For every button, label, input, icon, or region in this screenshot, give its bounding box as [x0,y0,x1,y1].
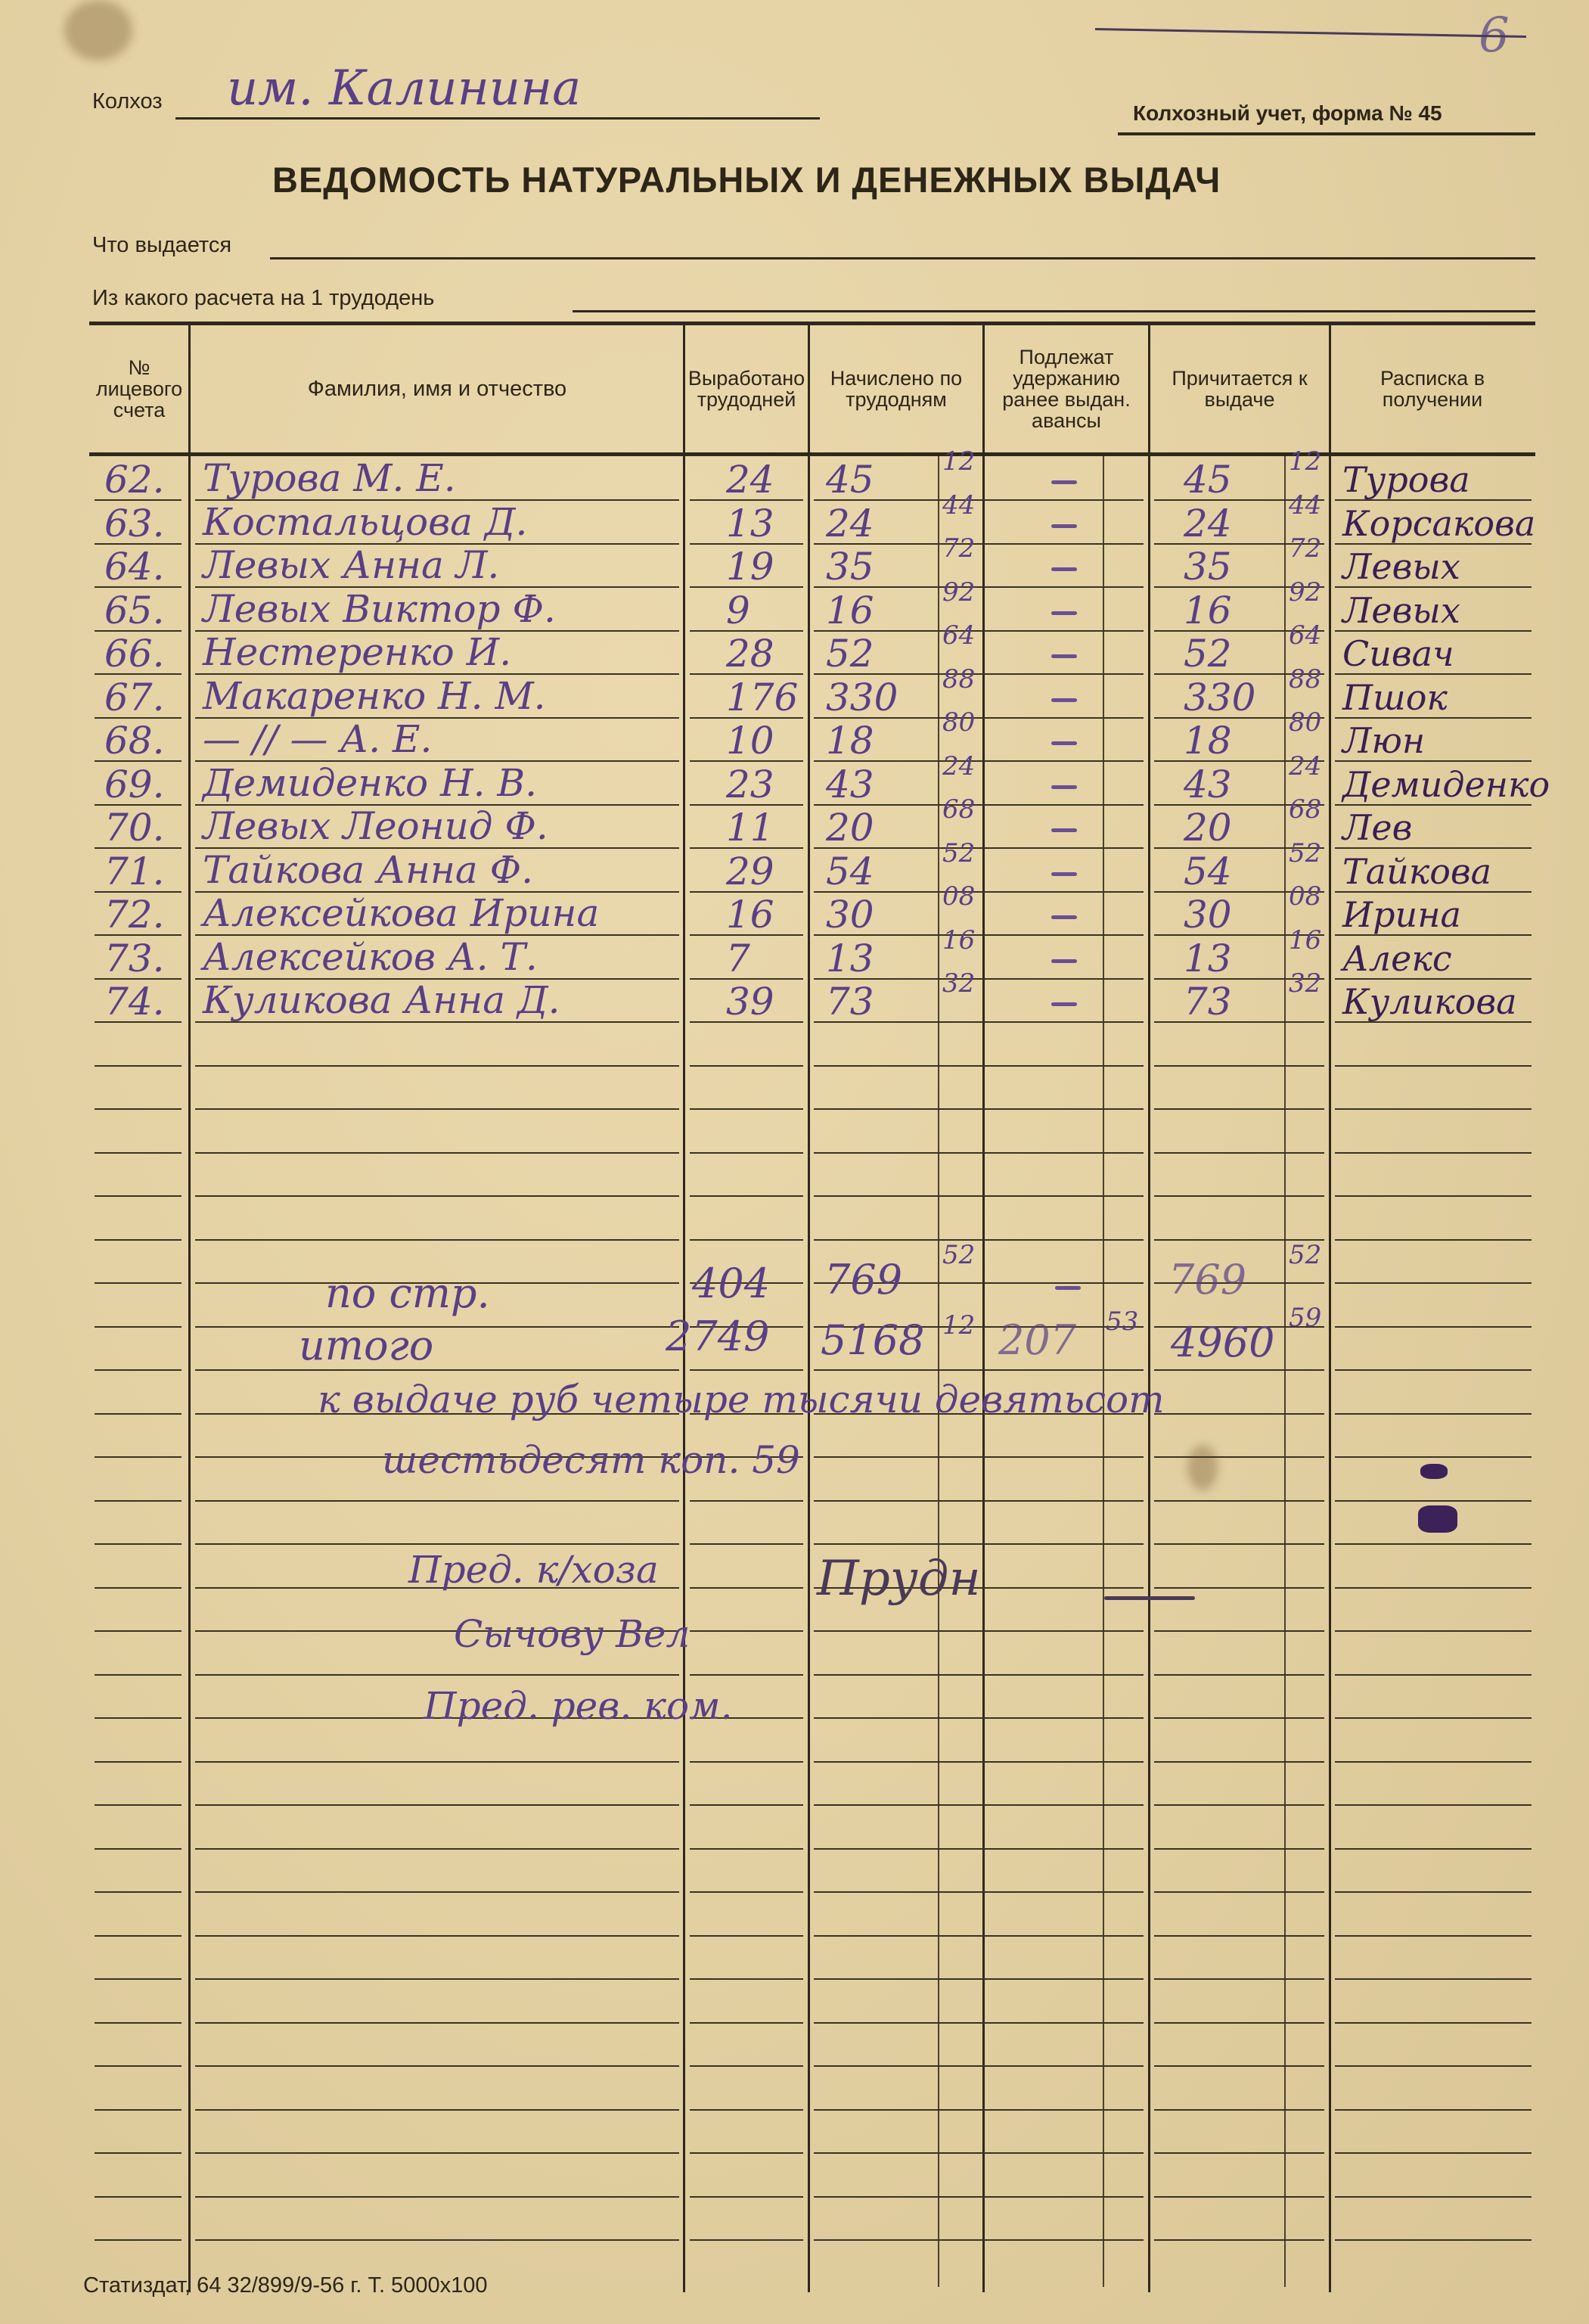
accrued-rubles: 24 [826,505,874,542]
row-rule [690,1108,803,1110]
accrued-kopecks: 64 [942,623,975,648]
row-rule [95,2022,182,2024]
payable-rubles: 52 [1184,635,1232,673]
row-rule [1335,1717,1532,1719]
column-divider [1148,325,1150,2292]
account-number: 69. [104,766,165,803]
row-rule [1154,2065,1324,2067]
row-rule [195,1195,679,1197]
row-rule [814,1108,1144,1110]
signature-stroke [1104,1596,1195,1600]
row-rule [814,2196,1144,2198]
row-rule [1154,1152,1324,1154]
withheld-dash [1051,524,1077,528]
workdays-value: 23 [726,766,774,803]
row-rule [814,1630,1144,1632]
row-rule [1154,1369,1324,1371]
payable-rubles: 45 [1184,461,1232,499]
row-rule [1154,1543,1324,1545]
payable-kopecks: 72 [1289,536,1321,561]
chairman-title: Пред. к/хоза [408,1551,659,1589]
page-total-accrued-rub: 769 [824,1260,902,1300]
payable-kopecks: 12 [1289,449,1321,474]
accrued-kopecks: 88 [942,666,975,692]
ink-stain [1187,1445,1218,1490]
row-rule [1335,1195,1532,1197]
payable-rubles: 30 [1184,896,1232,934]
accrued-rubles: 43 [826,766,874,803]
page-total-accrued-kop: 52 [942,1242,975,1268]
row-rule [195,2196,679,2198]
table-top-rule [89,322,1535,325]
row-rule [95,1239,182,1241]
column-divider [982,325,985,2292]
workdays-value: 10 [726,722,774,760]
account-number: 63. [104,505,165,542]
receipt-signature: Корсакова [1342,503,1535,544]
account-number: 65. [104,592,165,629]
row-rule [195,1152,679,1154]
payable-rubles: 35 [1184,548,1232,586]
row-rule [1154,1065,1324,1067]
row-rule [195,1935,679,1937]
workdays-value: 16 [726,896,774,934]
row-rule [1154,1891,1324,1893]
row-rule [1335,1935,1532,1937]
row-rule [1335,1630,1532,1632]
header-accrued: Начислено по трудодням [810,327,982,451]
row-rule [814,1065,1144,1067]
receipt-signature: Демиденко [1342,764,1550,805]
payable-kopecks: 92 [1289,579,1321,605]
header-account-no: № лицевого счета [89,327,189,451]
grand-total-accrued-rub: 5168 [821,1320,924,1361]
row-rule [195,1500,679,1502]
grand-total-label: итого [299,1325,433,1366]
row-rule [814,1717,1144,1719]
workdays-value: 28 [726,635,774,673]
row-rule [814,1239,1144,1241]
account-number: 62. [104,461,165,499]
row-rule [1335,1500,1532,1502]
header-withheld: Подлежат удержанию ранее выдан. авансы [985,327,1148,451]
payable-rubles: 13 [1184,940,1232,977]
employee-name: — // — А. Е. [203,720,432,758]
row-rule [1154,1804,1324,1806]
employee-name: Левых Леонид Ф. [203,807,548,845]
row-rule [1335,2152,1532,2154]
accrued-kopecks: 08 [942,884,975,909]
row-rule [1335,1891,1532,1893]
page-total-label: по стр. [325,1273,490,1314]
column-divider [188,325,191,2292]
row-rule [1154,1021,1324,1023]
receipt-signature: Сивач [1342,633,1454,674]
row-rule [1335,1978,1532,1980]
accrued-rubles: 16 [826,592,874,629]
row-rule [1154,1456,1324,1458]
row-rule [814,1804,1144,1806]
grand-total-workdays: 2749 [666,1316,769,1357]
what-issued-label: Что выдается [92,233,231,258]
row-rule [1154,1587,1324,1589]
row-rule [195,2022,679,2024]
row-rule [95,2196,182,2198]
row-rule [195,2152,679,2154]
row-rule [1154,1674,1324,1676]
workdays-value: 39 [726,983,774,1021]
payable-kopecks: 16 [1289,927,1321,953]
receipt-signature: Левых [1342,590,1460,631]
row-rule [195,1761,679,1763]
row-rule [95,1630,182,1632]
accrued-rubles: 30 [826,896,874,934]
workdays-value: 13 [726,505,774,542]
column-divider [683,325,685,2292]
row-rule [690,1674,803,1676]
withheld-dash [1051,611,1077,615]
row-rule [1335,1804,1532,1806]
row-rule [95,1456,182,1458]
account-number: 66. [104,635,165,673]
workdays-value: 19 [726,548,774,586]
row-rule [95,1761,182,1763]
row-rule [690,2022,803,2024]
row-rule [690,1630,803,1632]
row-rule [690,2152,803,2154]
header-workdays: Выработано трудодней [685,327,808,451]
kolkhoz-underline [175,117,820,120]
workdays-value: 7 [726,940,750,977]
row-rule [690,1239,803,1241]
accrued-rubles: 18 [826,722,874,760]
row-rule [814,1152,1144,1154]
row-rule [690,1369,803,1371]
row-rule [814,1195,1144,1197]
row-rule [1335,2022,1532,2024]
row-rule [1335,1543,1532,1545]
row-rule [814,2152,1144,2154]
form-number-label: Колхозный учет, форма № 45 [1133,101,1442,126]
rate-underline [573,310,1535,312]
ink-stain [64,0,132,61]
accrued-rubles: 13 [826,940,874,977]
withheld-dash [1051,828,1077,832]
row-rule [814,1761,1144,1763]
receipt-signature: Лев [1342,807,1412,848]
row-rule [95,1674,182,1676]
row-rule [690,1587,803,1589]
workdays-value: 9 [726,592,750,629]
row-rule [95,2065,182,2067]
page-total-workdays: 404 [692,1263,770,1304]
withheld-dash [1051,741,1077,745]
accrued-kopecks: 80 [942,710,975,735]
accrued-kopecks: 72 [942,536,975,561]
employee-name: Турова М. Е. [203,459,456,497]
row-rule [1335,1326,1532,1328]
row-rule [690,1500,803,1502]
payable-kopecks: 88 [1289,666,1321,692]
row-rule [95,1500,182,1502]
payable-rubles: 20 [1184,809,1232,847]
accrued-rubles: 45 [826,461,874,499]
receipt-signature: Люн [1342,720,1425,761]
withheld-dash [1051,959,1077,963]
account-number: 71. [104,853,165,890]
kopeck-divider [1284,456,1286,2287]
row-rule [690,2239,803,2241]
row-rule [690,1065,803,1067]
withheld-dash [1051,872,1077,876]
row-rule [195,1543,679,1545]
ink-blot [1420,1464,1448,1479]
row-rule [195,1239,679,1241]
row-rule [95,1848,182,1850]
row-rule [690,1152,803,1154]
employee-name: Левых Анна Л. [203,546,499,584]
row-rule [95,1413,182,1415]
payable-kopecks: 52 [1289,840,1321,866]
account-number: 72. [104,896,165,934]
accrued-rubles: 20 [826,809,874,847]
payable-kopecks: 68 [1289,797,1321,822]
row-rule [1154,1195,1324,1197]
row-rule [814,2239,1144,2241]
account-number: 70. [104,809,165,847]
payable-kopecks: 32 [1289,971,1321,996]
chairman-name: Сычову Вел [454,1615,690,1653]
employee-name: Костальцова Д. [203,503,527,541]
row-rule [95,1065,182,1067]
row-rule [195,1804,679,1806]
row-rule [690,1935,803,1937]
row-rule [814,1674,1144,1676]
row-rule [195,1978,679,1980]
withheld-dash [1051,480,1077,484]
kolkhoz-label: Колхоз [92,89,163,114]
row-rule [195,1326,679,1328]
row-rule [95,1326,182,1328]
employee-name: Нестеренко И. [203,633,511,671]
row-rule [95,1108,182,1110]
row-rule [95,2239,182,2241]
row-rule [1154,1717,1324,1719]
form-underline [1118,132,1535,135]
accrued-rubles: 54 [826,853,874,890]
receipt-signature: Левых [1342,546,1460,587]
row-rule [1335,2196,1532,2198]
payable-kopecks: 44 [1289,492,1321,518]
employee-name: Алексейков А. Т. [203,938,538,976]
accrued-kopecks: 44 [942,492,975,518]
row-rule [1154,1935,1324,1937]
row-rule [814,2109,1144,2111]
row-rule [690,2196,803,2198]
header-full-name: Фамилия, имя и отчество [191,327,683,451]
row-rule [1335,1848,1532,1850]
row-rule [95,1935,182,1937]
row-rule [1335,1369,1532,1371]
pen-stroke [1095,28,1526,38]
employee-name: Демиденко Н. В. [203,764,537,802]
page-total-payable-kop: 52 [1289,1242,1321,1268]
account-number: 73. [104,940,165,977]
page-total-payable-rub: 769 [1168,1260,1246,1300]
row-rule [1335,1456,1532,1458]
row-rule [95,1891,182,1893]
row-rule [95,1587,182,1589]
row-rule [1335,2239,1532,2241]
row-rule [1154,2152,1324,2154]
row-rule [1154,2022,1324,2024]
revision-commission-chair: Пред. рев. ком. [424,1687,732,1725]
workdays-value: 24 [726,461,774,499]
row-rule [1154,1848,1324,1850]
row-rule [95,1804,182,1806]
kopeck-divider [938,456,939,2287]
ink-blot [1418,1505,1457,1533]
accrued-kopecks: 16 [942,927,975,953]
row-rule [690,1978,803,1980]
row-rule [690,1195,803,1197]
receipt-signature: Алекс [1342,938,1452,979]
account-number: 74. [104,983,165,1021]
payable-rubles: 43 [1184,766,1232,803]
row-rule [1335,2065,1532,2067]
row-rule [1154,2239,1324,2241]
column-divider [1329,325,1331,2292]
amount-in-words-line2: шестьдесят коп. 59 [382,1441,800,1479]
row-rule [195,1369,679,1371]
row-rule [814,1543,1144,1545]
row-rule [195,1108,679,1110]
grand-total-payable-kop: 59 [1289,1305,1321,1331]
row-rule [1335,1152,1532,1154]
row-rule [1154,1978,1324,1980]
row-rule [814,1369,1144,1371]
row-rule [95,1369,182,1371]
employee-name: Левых Виктор Ф. [203,590,556,628]
kolkhoz-name-field: им. Калинина [227,61,581,117]
row-rule [195,1891,679,1893]
accrued-kopecks: 52 [942,840,975,866]
row-rule [814,1978,1144,1980]
row-rule [95,2152,182,2154]
payable-rubles: 18 [1184,722,1232,760]
employee-name: Алексейкова Ирина [203,894,599,932]
employee-name: Куликова Анна Д. [203,981,560,1019]
withheld-dash [1051,915,1077,919]
row-rule [814,1500,1144,1502]
row-rule [814,2022,1144,2024]
row-rule [1154,1413,1324,1415]
accrued-rubles: 52 [826,635,874,673]
withheld-dash [1051,698,1077,702]
row-rule [1154,2109,1324,2111]
row-rule [1154,2196,1324,2198]
header-receipt: Расписка в получении [1331,327,1534,451]
row-rule [95,1152,182,1154]
row-rule [690,1761,803,1763]
row-rule [690,1891,803,1893]
account-number: 64. [104,548,165,586]
payable-rubles: 24 [1184,505,1232,542]
row-rule [814,2065,1144,2067]
row-rule [195,1065,679,1067]
row-rule [195,2109,679,2111]
row-rule [95,1717,182,1719]
accrued-kopecks: 32 [942,971,975,996]
row-rule [1335,1674,1532,1676]
workdays-value: 11 [726,809,774,847]
row-rule [690,1543,803,1545]
kopeck-divider [1103,456,1104,2287]
payable-kopecks: 64 [1289,623,1321,648]
payable-kopecks: 80 [1289,710,1321,735]
withheld-dash [1051,785,1077,789]
grand-total-withheld-kop: 53 [1106,1309,1138,1334]
payable-rubles: 73 [1184,983,1232,1021]
accrued-kopecks: 24 [942,753,975,779]
row-rule [1154,1630,1324,1632]
row-rule [95,1195,182,1197]
payable-rubles: 330 [1184,679,1255,716]
row-rule [690,2109,803,2111]
employee-name: Тайкова Анна Ф. [203,851,533,889]
row-rule [95,1543,182,1545]
row-rule [95,1978,182,1980]
row-rule [814,1848,1144,1850]
row-rule [1335,1587,1532,1589]
row-rule [95,1282,182,1284]
withheld-dash [1051,1002,1077,1006]
payable-rubles: 54 [1184,853,1232,890]
grand-total-payable-rub: 4960 [1171,1322,1274,1363]
row-rule [195,2239,679,2241]
receipt-signature: Турова [1342,459,1470,500]
row-rule [1335,1065,1532,1067]
column-divider [808,325,810,2292]
accrued-kopecks: 68 [942,797,975,822]
payable-kopecks: 24 [1289,753,1321,779]
row-rule [690,1804,803,1806]
grand-total-withheld-rub: 207 [998,1320,1076,1361]
receipt-signature: Ирина [1342,894,1461,935]
row-rule [95,2109,182,2111]
chairman-signature: Прудн [817,1551,981,1607]
row-rule [1154,1108,1324,1110]
row-rule [814,1935,1144,1937]
row-rule [814,1891,1144,1893]
row-rule [195,1848,679,1850]
row-rule [814,1456,1144,1458]
payable-kopecks: 08 [1289,884,1321,909]
grand-total-accrued-kop: 12 [942,1313,975,1338]
what-issued-underline [270,257,1535,259]
receipt-signature: Тайкова [1342,851,1491,892]
payable-rubles: 16 [1184,592,1232,629]
row-rule [1335,2109,1532,2111]
page-title: ВЕДОМОСТЬ НАТУРАЛЬНЫХ И ДЕНЕЖНЫХ ВЫДАЧ [272,159,1221,200]
row-rule [690,1848,803,1850]
withheld-dash [1051,654,1077,658]
accrued-kopecks: 92 [942,579,975,605]
amount-in-words-line1: к выдаче руб четыре тысячи девятьсот [318,1381,1164,1418]
header-payable: Причитается к выдаче [1150,327,1329,451]
row-rule [1154,1500,1324,1502]
rate-label: Из какого расчета на 1 трудодень [92,286,434,311]
